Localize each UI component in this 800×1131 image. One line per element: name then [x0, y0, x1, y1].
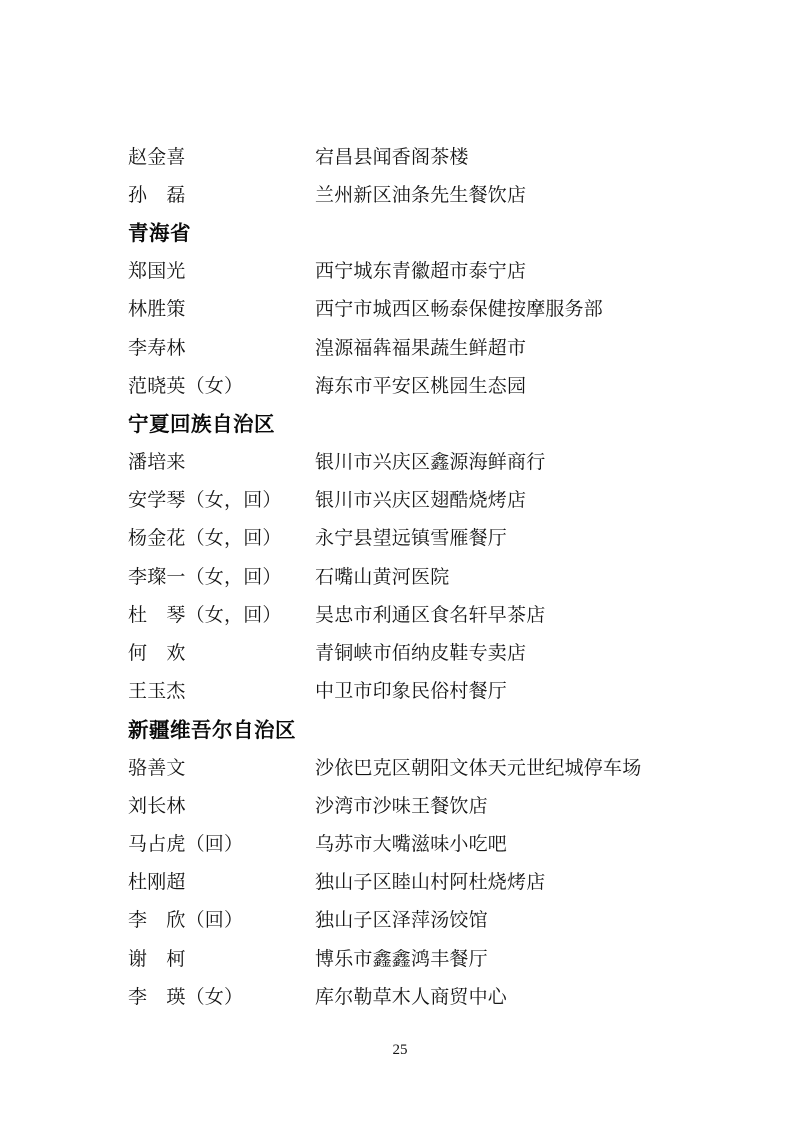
- person-name: 李 瑛（女）: [128, 982, 315, 1009]
- person-name: 安学琴（女，回）: [128, 485, 315, 512]
- business-name: 青铜峡市佰纳皮鞋专卖店: [315, 638, 526, 665]
- business-name: 库尔勒草木人商贸中心: [315, 982, 507, 1009]
- person-name: 杜 琴（女，回）: [128, 600, 315, 627]
- business-name: 永宁县望远镇雪雁餐厅: [315, 523, 507, 550]
- page-number: 25: [0, 1042, 800, 1059]
- person-name: 范晓英（女）: [128, 371, 315, 398]
- person-name: 孙 磊: [128, 180, 315, 207]
- list-item: 骆善文 沙依巴克区朝阳文体天元世纪城停车场: [128, 747, 750, 785]
- list-item: 杜刚超 独山子区睦山村阿杜烧烤店: [128, 862, 750, 900]
- section-header-xinjiang: 新疆维吾尔自治区: [128, 709, 750, 747]
- person-name: 马占虎（回）: [128, 829, 315, 856]
- list-item: 李 瑛（女） 库尔勒草木人商贸中心: [128, 976, 750, 1014]
- person-name: 潘培来: [128, 447, 315, 474]
- business-name: 西宁城东青徽超市泰宁店: [315, 256, 526, 283]
- list-item: 杨金花（女，回） 永宁县望远镇雪雁餐厅: [128, 518, 750, 556]
- document-page: 赵金喜 宕昌县闻香阁茶楼 孙 磊 兰州新区油条先生餐饮店 青海省 郑国光 西宁城…: [0, 0, 800, 1131]
- section-title: 青海省: [128, 216, 191, 246]
- list-item: 李璨一（女，回） 石嘴山黄河医院: [128, 556, 750, 594]
- list-item: 范晓英（女） 海东市平安区桃园生态园: [128, 365, 750, 403]
- list-item: 王玉杰 中卫市印象民俗村餐厅: [128, 671, 750, 709]
- list-item: 刘长林 沙湾市沙味王餐饮店: [128, 785, 750, 823]
- business-name: 吴忠市利通区食名轩早茶店: [315, 600, 545, 627]
- person-name: 李寿林: [128, 333, 315, 360]
- list-item: 安学琴（女，回） 银川市兴庆区翅酷烧烤店: [128, 480, 750, 518]
- business-name: 西宁市城西区畅泰保健按摩服务部: [315, 294, 603, 321]
- section-header-qinghai: 青海省: [128, 212, 750, 250]
- business-name: 银川市兴庆区鑫源海鲜商行: [315, 447, 545, 474]
- list-item: 潘培来 银川市兴庆区鑫源海鲜商行: [128, 442, 750, 480]
- list-item: 谢 柯 博乐市鑫鑫鸿丰餐厅: [128, 938, 750, 976]
- business-name: 石嘴山黄河医院: [315, 562, 449, 589]
- person-name: 郑国光: [128, 256, 315, 283]
- business-name: 沙湾市沙味王餐饮店: [315, 791, 488, 818]
- person-name: 杨金花（女，回）: [128, 523, 315, 550]
- business-name: 银川市兴庆区翅酷烧烤店: [315, 485, 526, 512]
- person-name: 谢 柯: [128, 944, 315, 971]
- business-name: 兰州新区油条先生餐饮店: [315, 180, 526, 207]
- list-item: 马占虎（回） 乌苏市大嘴滋味小吃吧: [128, 823, 750, 861]
- business-name: 独山子区泽萍汤饺馆: [315, 905, 488, 932]
- business-name: 沙依巴克区朝阳文体天元世纪城停车场: [315, 753, 641, 780]
- person-name: 刘长林: [128, 791, 315, 818]
- list-item: 李 欣（回） 独山子区泽萍汤饺馆: [128, 900, 750, 938]
- person-name: 李璨一（女，回）: [128, 562, 315, 589]
- business-name: 中卫市印象民俗村餐厅: [315, 676, 507, 703]
- person-name: 赵金喜: [128, 142, 315, 169]
- business-name: 湟源福犇福果蔬生鲜超市: [315, 333, 526, 360]
- person-name: 骆善文: [128, 753, 315, 780]
- list-item: 杜 琴（女，回） 吴忠市利通区食名轩早茶店: [128, 594, 750, 632]
- person-name: 李 欣（回）: [128, 905, 315, 932]
- person-name: 杜刚超: [128, 867, 315, 894]
- person-name: 王玉杰: [128, 676, 315, 703]
- list-item: 李寿林 湟源福犇福果蔬生鲜超市: [128, 327, 750, 365]
- list-item: 林胜策 西宁市城西区畅泰保健按摩服务部: [128, 289, 750, 327]
- list-item: 孙 磊 兰州新区油条先生餐饮店: [128, 174, 750, 212]
- list-item: 赵金喜 宕昌县闻香阁茶楼: [128, 136, 750, 174]
- section-title: 宁夏回族自治区: [128, 407, 275, 437]
- business-name: 独山子区睦山村阿杜烧烤店: [315, 867, 545, 894]
- business-name: 宕昌县闻香阁茶楼: [315, 142, 469, 169]
- business-name: 博乐市鑫鑫鸿丰餐厅: [315, 944, 488, 971]
- list-item: 郑国光 西宁城东青徽超市泰宁店: [128, 251, 750, 289]
- list-item: 何 欢 青铜峡市佰纳皮鞋专卖店: [128, 632, 750, 670]
- person-name: 林胜策: [128, 294, 315, 321]
- award-list: 赵金喜 宕昌县闻香阁茶楼 孙 磊 兰州新区油条先生餐饮店 青海省 郑国光 西宁城…: [128, 136, 750, 1014]
- business-name: 海东市平安区桃园生态园: [315, 371, 526, 398]
- section-title: 新疆维吾尔自治区: [128, 713, 296, 743]
- business-name: 乌苏市大嘴滋味小吃吧: [315, 829, 507, 856]
- section-header-ningxia: 宁夏回族自治区: [128, 403, 750, 441]
- person-name: 何 欢: [128, 638, 315, 665]
